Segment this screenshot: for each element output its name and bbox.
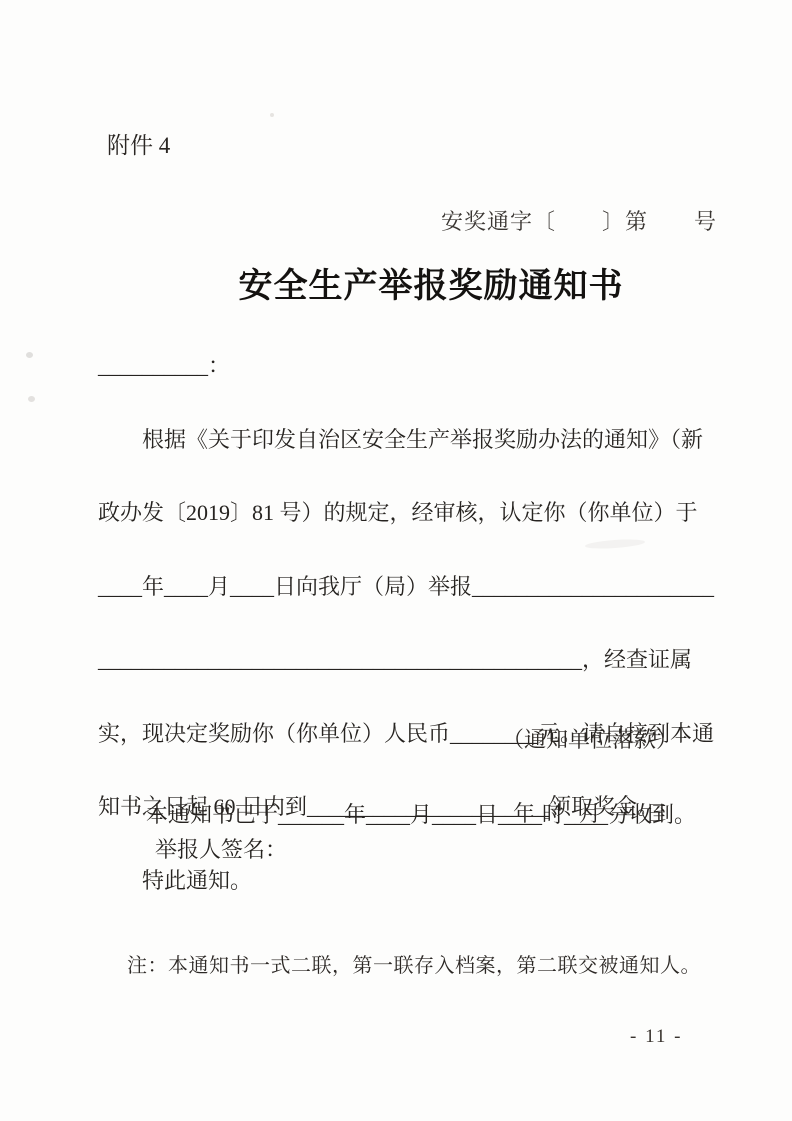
- scan-speck: [270, 113, 274, 117]
- scanned-document-page: 附件 4 安奖通字〔 〕第 号 安全生产举报奖励通知书 __________： …: [0, 0, 792, 1121]
- salutation-blank-line: __________：: [98, 347, 720, 385]
- document-reference-number: 安奖通字〔 〕第 号: [441, 206, 717, 238]
- page-number: - 11 -: [630, 1024, 682, 1050]
- receipt-confirmation-line: 本通知书已于______年____月____日____时____分收到。: [146, 796, 696, 834]
- footer-note: 注：本通知书一式二联，第一联存入档案，第二联交被通知人。: [127, 947, 701, 985]
- body-line-1: 根据《关于印发自治区安全生产举报奖励办法的通知》（新: [98, 421, 720, 459]
- attachment-label: 附件 4: [107, 130, 170, 162]
- signoff-block: （通知单位落款） 年 月 日: [470, 685, 710, 869]
- body-line-4: ________________________________________…: [98, 641, 720, 679]
- reporter-signature-label: 举报人签名：: [155, 831, 287, 869]
- body-line-2: 政办发〔2019〕81 号）的规定，经审核，认定你（你单位）于: [98, 494, 720, 532]
- scan-speck: [26, 352, 33, 358]
- document-title: 安全生产举报奖励通知书: [70, 265, 792, 309]
- body-line-3: ____年____月____日向我厅（局）举报_________________…: [98, 568, 720, 606]
- scan-speck: [28, 396, 35, 402]
- signoff-unit-placeholder: （通知单位落款）: [470, 721, 710, 759]
